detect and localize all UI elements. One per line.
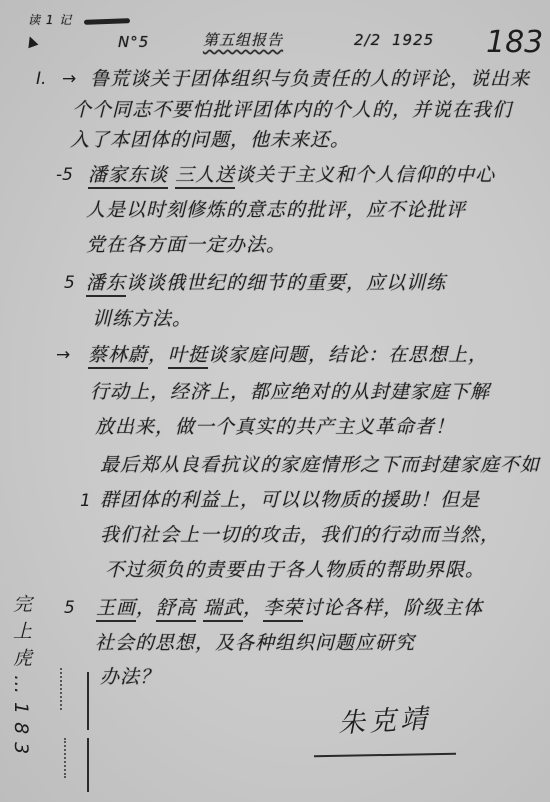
item-4-line-1: 蔡林蔚，叶挺谈家庭问题，结论：在思想上，: [88, 343, 488, 367]
signature: 朱克靖: [337, 704, 432, 741]
item-4-line-3: 放出来，做一个真实的共产主义革命者！: [95, 415, 455, 439]
document-page: 读 1 记 ▲ N°5 第五组报告 2/2 1925 183 I. → 鲁荒谈关…: [0, 0, 550, 802]
dotted-mark: [60, 668, 62, 710]
item-4-line-7: 不过须负的责要由于各人物质的帮助界限。: [105, 558, 485, 582]
line-text: 谈家庭问题，结论：在思想上，: [208, 344, 488, 366]
speaker-name: 叶挺: [168, 344, 208, 369]
record-year: 1925: [392, 31, 434, 49]
page-number: 183: [486, 26, 543, 60]
item-5-line-3: 办法？: [100, 665, 160, 689]
item-2-line-2: 人是以时刻修炼的意志的批评，应不论批评: [86, 198, 466, 222]
spacer: [168, 164, 175, 186]
margin-mark: 1: [80, 490, 91, 512]
item-5-line-2: 社会的思想，及各种组织问题应研究: [95, 631, 415, 655]
speaker-name: 潘东: [86, 272, 126, 297]
record-number: N°5: [118, 33, 149, 51]
strikethrough-scribble: [84, 18, 130, 25]
arrow-icon: →: [62, 68, 76, 90]
triangle-marker-icon: ▲: [24, 33, 39, 50]
item-2-line-3: 党在各方面一定办法。: [86, 233, 286, 257]
arrow-icon: 5: [64, 272, 75, 294]
arrow-icon: →: [56, 344, 70, 366]
item-4-line-2: 行动上，经济上，都应绝对的从封建家庭下解: [90, 380, 490, 404]
margin-vertical-line: [87, 672, 89, 730]
record-date: 2/2: [354, 31, 381, 49]
item-3-line-1: 潘东谈谈俄世纪的细节的重要，应以训练: [86, 271, 446, 295]
speaker-name: 蔡林蔚: [88, 344, 148, 369]
arrow-icon: -5: [56, 164, 73, 186]
comma: ，: [243, 597, 263, 619]
item-4-line-5: 群团体的利益上，可以以物质的援助！但是: [100, 488, 480, 512]
line-text: 谈谈俄世纪的细节的重要，应以训练: [126, 272, 446, 294]
margin-vertical-note: 完上虎…183: [10, 594, 32, 762]
item-1-line-2: 个个同志不要怕批评团体内的个人的，并说在我们: [72, 98, 512, 122]
item-1-line-3: 入了本团体的问题，他未来还。: [70, 128, 350, 152]
item-2-line-1: 潘家东谈 三人送谈关于主义和个人信仰的中心: [88, 163, 495, 187]
margin-vertical-line: [87, 738, 89, 792]
signature-underline: [314, 753, 456, 757]
speaker-name: 三人送: [175, 164, 235, 189]
item-1-label: I.: [36, 68, 46, 90]
speaker-name: 潘家东谈: [88, 164, 168, 189]
item-3-line-2: 训练方法。: [92, 307, 192, 331]
speaker-name: 舒高: [156, 597, 196, 622]
item-4-line-4: 最后郑从良看抗议的家庭情形之下而封建家庭不如: [100, 453, 540, 477]
item-5-line-1: 王画，舒高 瑞武，李荣讨论各样，阶级主体: [96, 596, 483, 620]
item-1-line-1: 鲁荒谈关于团体组织与负责任的人的评论，说出来: [90, 67, 530, 91]
comma: ，: [148, 344, 168, 366]
speaker-name: 李荣: [263, 597, 303, 622]
speaker-name: 瑞武: [203, 597, 243, 622]
line-text: 谈关于主义和个人信仰的中心: [235, 164, 495, 186]
line-text: 讨论各样，阶级主体: [303, 597, 483, 619]
arrow-icon: 5: [64, 597, 75, 619]
item-4-line-6: 我们社会上一切的攻击，我们的行动而当然，: [100, 523, 500, 547]
top-note: 读 1 记: [28, 13, 72, 27]
comma: ，: [136, 597, 156, 619]
dotted-mark: [64, 738, 66, 778]
speaker-name: 王画: [96, 597, 136, 622]
record-title: 第五组报告: [203, 31, 283, 49]
